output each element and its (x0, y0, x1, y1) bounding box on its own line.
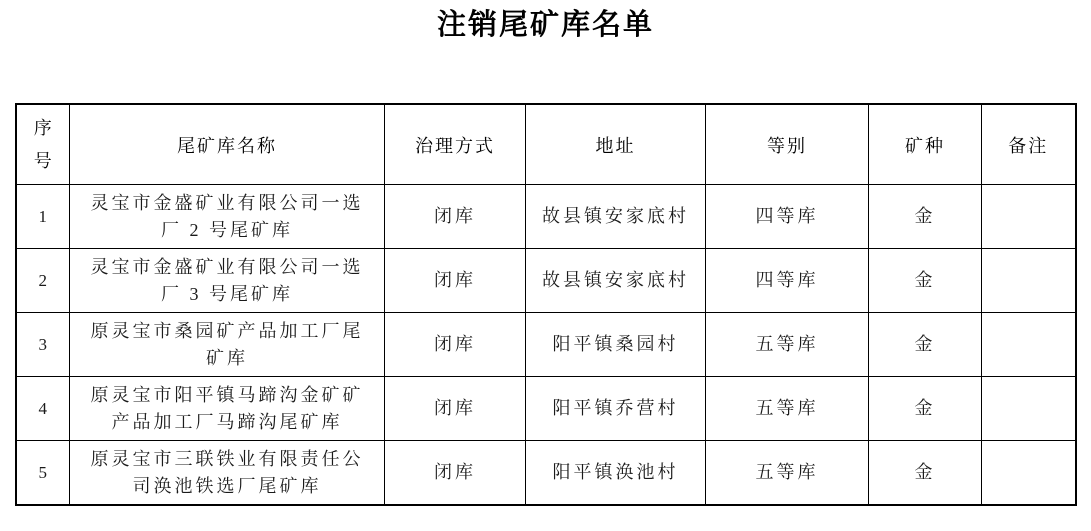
header-treatment-method: 治理方式 (385, 104, 526, 185)
cell-pond-name: 原灵宝市三联铁业有限责任公司涣池铁选厂尾矿库 (70, 441, 385, 506)
cell-mineral-type: 金 (869, 313, 982, 377)
cell-address: 故县镇安家底村 (526, 249, 706, 313)
cell-grade: 五等库 (706, 441, 869, 506)
cell-serial-number: 4 (16, 377, 70, 441)
table-row: 2 灵宝市金盛矿业有限公司一选厂 3 号尾矿库 闭库 故县镇安家底村 四等库 金 (16, 249, 1076, 313)
cell-serial-number: 1 (16, 185, 70, 249)
cell-remarks (982, 249, 1076, 313)
table-header-row: 序号 尾矿库名称 治理方式 地址 等别 矿种 备注 (16, 104, 1076, 185)
cell-address: 阳平镇桑园村 (526, 313, 706, 377)
cell-serial-number: 2 (16, 249, 70, 313)
cell-remarks (982, 185, 1076, 249)
cell-remarks (982, 377, 1076, 441)
cell-serial-number: 5 (16, 441, 70, 506)
cell-grade: 四等库 (706, 185, 869, 249)
cell-pond-name: 灵宝市金盛矿业有限公司一选厂 2 号尾矿库 (70, 185, 385, 249)
table-row: 4 原灵宝市阳平镇马蹄沟金矿矿产品加工厂马蹄沟尾矿库 闭库 阳平镇乔营村 五等库… (16, 377, 1076, 441)
header-mineral-type: 矿种 (869, 104, 982, 185)
cell-address: 故县镇安家底村 (526, 185, 706, 249)
cell-remarks (982, 313, 1076, 377)
cell-mineral-type: 金 (869, 249, 982, 313)
cell-grade: 四等库 (706, 249, 869, 313)
header-pond-name: 尾矿库名称 (70, 104, 385, 185)
cell-treatment-method: 闭库 (385, 313, 526, 377)
cell-grade: 五等库 (706, 313, 869, 377)
header-serial-number: 序号 (16, 104, 70, 185)
header-grade: 等别 (706, 104, 869, 185)
cell-address: 阳平镇乔营村 (526, 377, 706, 441)
cell-serial-number: 3 (16, 313, 70, 377)
cell-mineral-type: 金 (869, 377, 982, 441)
table-row: 1 灵宝市金盛矿业有限公司一选厂 2 号尾矿库 闭库 故县镇安家底村 四等库 金 (16, 185, 1076, 249)
cell-treatment-method: 闭库 (385, 185, 526, 249)
cell-pond-name: 原灵宝市阳平镇马蹄沟金矿矿产品加工厂马蹄沟尾矿库 (70, 377, 385, 441)
table-row: 5 原灵宝市三联铁业有限责任公司涣池铁选厂尾矿库 闭库 阳平镇涣池村 五等库 金 (16, 441, 1076, 506)
cell-remarks (982, 441, 1076, 506)
header-serial-number-label: 序号 (31, 112, 54, 178)
cell-treatment-method: 闭库 (385, 377, 526, 441)
header-address: 地址 (526, 104, 706, 185)
header-remarks: 备注 (982, 104, 1076, 185)
cell-pond-name: 灵宝市金盛矿业有限公司一选厂 3 号尾矿库 (70, 249, 385, 313)
cell-pond-name: 原灵宝市桑园矿产品加工厂尾矿库 (70, 313, 385, 377)
page-title: 注销尾矿库名单 (0, 0, 1091, 42)
cell-mineral-type: 金 (869, 441, 982, 506)
cell-mineral-type: 金 (869, 185, 982, 249)
table-row: 3 原灵宝市桑园矿产品加工厂尾矿库 闭库 阳平镇桑园村 五等库 金 (16, 313, 1076, 377)
cell-treatment-method: 闭库 (385, 249, 526, 313)
cell-address: 阳平镇涣池村 (526, 441, 706, 506)
cell-grade: 五等库 (706, 377, 869, 441)
tailings-pond-table: 序号 尾矿库名称 治理方式 地址 等别 矿种 备注 1 灵宝市金盛矿业有限公司一… (15, 103, 1077, 506)
cell-treatment-method: 闭库 (385, 441, 526, 506)
